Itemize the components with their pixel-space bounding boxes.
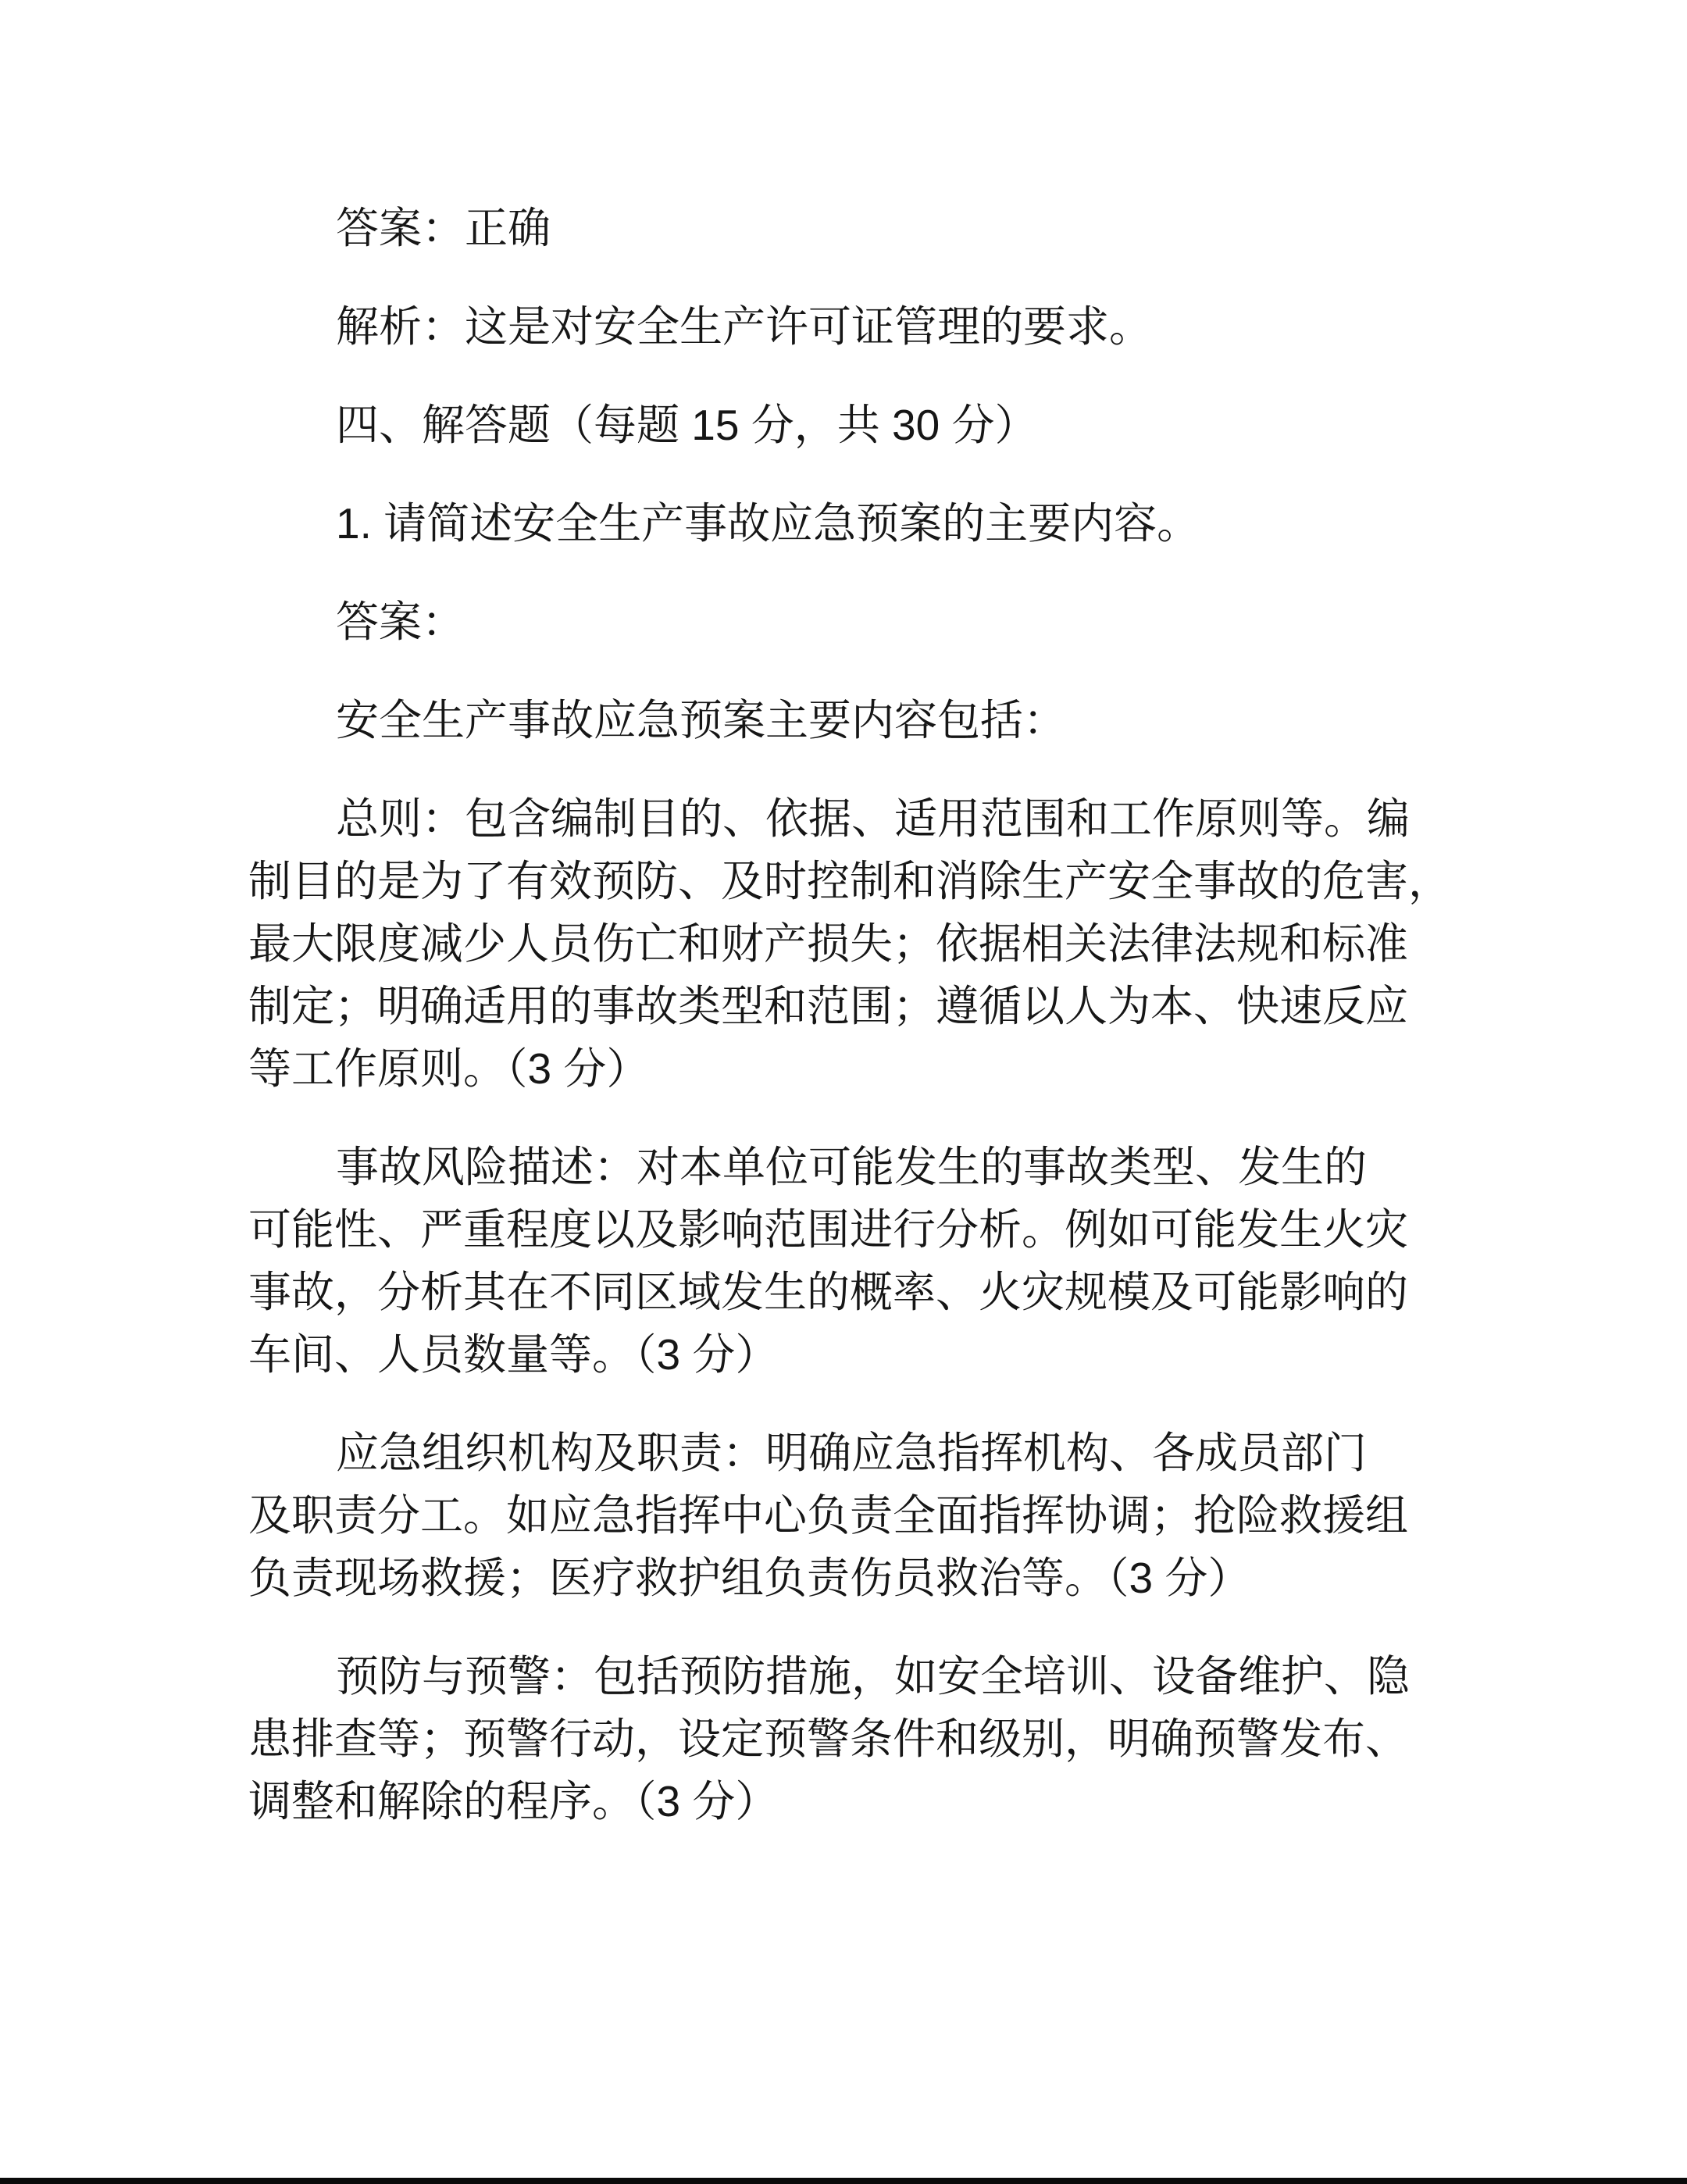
paragraph: 1. 请简述安全生产事故应急预案的主要内容。 bbox=[248, 492, 1475, 555]
text-line: 车间、人员数量等。（3 分） bbox=[248, 1323, 1475, 1386]
text-line: 制定；明确适用的事故类型和范围；遵循以人为本、快速反应 bbox=[248, 975, 1475, 1037]
text-line: 事故，分析其在不同区域发生的概率、火灾规模及可能影响的 bbox=[248, 1261, 1475, 1323]
text-line: 预防与预警：包括预防措施，如安全培训、设备维护、隐 bbox=[248, 1645, 1475, 1708]
text-line: 1. 请简述安全生产事故应急预案的主要内容。 bbox=[248, 492, 1475, 555]
text-line: 等工作原则。（3 分） bbox=[248, 1037, 1475, 1100]
paragraph: 总则：包含编制目的、依据、适用范围和工作原则等。编制目的是为了有效预防、及时控制… bbox=[248, 787, 1475, 1100]
text-line: 答案： bbox=[248, 591, 1475, 653]
text-line: 及职责分工。如应急指挥中心负责全面指挥协调；抢险救援组 bbox=[248, 1484, 1475, 1547]
paragraph: 答案： bbox=[248, 591, 1475, 653]
text-line: 四、解答题（每题 15 分，共 30 分） bbox=[248, 394, 1475, 456]
paragraph: 答案：正确 bbox=[248, 197, 1475, 259]
text-line: 负责现场救援；医疗救护组负责伤员救治等。（3 分） bbox=[248, 1547, 1475, 1609]
text-line: 解析：这是对安全生产许可证管理的要求。 bbox=[248, 295, 1475, 358]
text-line: 事故风险描述：对本单位可能发生的事故类型、发生的 bbox=[248, 1136, 1475, 1198]
bottom-border-bar bbox=[0, 2178, 1687, 2184]
paragraph: 应急组织机构及职责：明确应急指挥机构、各成员部门及职责分工。如应急指挥中心负责全… bbox=[248, 1422, 1475, 1609]
document-page: { "page": { "background_color": "#ffffff… bbox=[0, 0, 1687, 2184]
text-line: 应急组织机构及职责：明确应急指挥机构、各成员部门 bbox=[248, 1422, 1475, 1484]
text-line: 安全生产事故应急预案主要内容包括： bbox=[248, 689, 1475, 751]
text-line: 制目的是为了有效预防、及时控制和消除生产安全事故的危害， bbox=[248, 850, 1475, 912]
paragraph: 安全生产事故应急预案主要内容包括： bbox=[248, 689, 1475, 751]
paragraph: 事故风险描述：对本单位可能发生的事故类型、发生的可能性、严重程度以及影响范围进行… bbox=[248, 1136, 1475, 1386]
paragraph: 四、解答题（每题 15 分，共 30 分） bbox=[248, 394, 1475, 456]
text-line: 可能性、严重程度以及影响范围进行分析。例如可能发生火灾 bbox=[248, 1198, 1475, 1261]
text-line: 调整和解除的程序。（3 分） bbox=[248, 1770, 1475, 1832]
paragraph: 解析：这是对安全生产许可证管理的要求。 bbox=[248, 295, 1475, 358]
text-line: 患排查等；预警行动，设定预警条件和级别，明确预警发布、 bbox=[248, 1708, 1475, 1770]
document-body: 答案：正确解析：这是对安全生产许可证管理的要求。四、解答题（每题 15 分，共 … bbox=[248, 197, 1475, 1868]
paragraph: 预防与预警：包括预防措施，如安全培训、设备维护、隐患排查等；预警行动，设定预警条… bbox=[248, 1645, 1475, 1832]
text-line: 总则：包含编制目的、依据、适用范围和工作原则等。编 bbox=[248, 787, 1475, 850]
text-line: 最大限度减少人员伤亡和财产损失；依据相关法律法规和标准 bbox=[248, 912, 1475, 975]
text-line: 答案：正确 bbox=[248, 197, 1475, 259]
